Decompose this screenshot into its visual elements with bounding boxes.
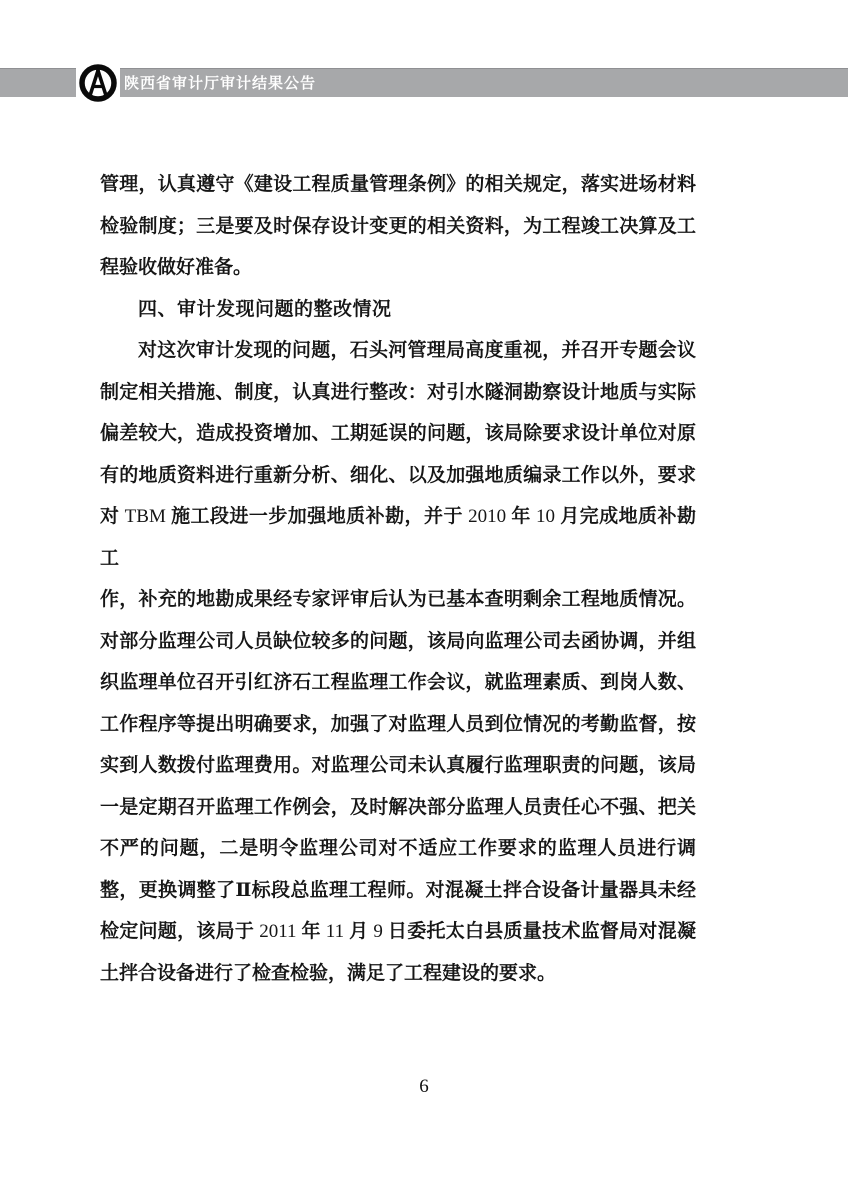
- text-line: 有的地质资料进行重新分析、细化、以及加强地质编录工作以外，要求: [100, 455, 696, 497]
- text-line: 对部分监理公司人员缺位较多的问题，该局向监理公司去函协调，并组: [100, 621, 696, 663]
- text-line: 整，更换调整了Ⅱ标段总监理工程师。对混凝土拌合设备计量器具未经: [100, 870, 696, 912]
- document-text-block: 管理，认真遵守《建设工程质量管理条例》的相关规定，落实进场材料检验制度；三是要及…: [100, 164, 696, 994]
- text-line: 作，补充的地勘成果经专家评审后认为已基本查明剩余工程地质情况。: [100, 579, 696, 621]
- text-line: 工作程序等提出明确要求，加强了对监理人员到位情况的考勤监督，按: [100, 704, 696, 746]
- audit-emblem-icon: [79, 64, 117, 102]
- text-line: 程验收做好准备。: [100, 247, 696, 289]
- text-line: 不严的问题，二是明令监理公司对不适应工作要求的监理人员进行调: [100, 828, 696, 870]
- page-number: 6: [0, 1076, 848, 1098]
- document-page: 陕西省审计厅审计结果公告 管理，认真遵守《建设工程质量管理条例》的相关规定，落实…: [0, 0, 848, 1200]
- latin-text: TBM: [125, 506, 166, 527]
- text-line: 对这次审计发现的问题，石头河管理局高度重视，并召开专题会议: [100, 330, 696, 372]
- text-line: 制定相关措施、制度，认真进行整改：对引水隧洞勘察设计地质与实际: [100, 372, 696, 414]
- latin-text: 9: [373, 921, 383, 942]
- text-line: 土拌合设备进行了检查检验，满足了工程建设的要求。: [100, 953, 696, 995]
- latin-text: 2011: [259, 921, 296, 942]
- text-line: 偏差较大，造成投资增加、工期延误的问题，该局除要求设计单位对原: [100, 413, 696, 455]
- header-bar: 陕西省审计厅审计结果公告: [0, 68, 848, 97]
- text-line: 管理，认真遵守《建设工程质量管理条例》的相关规定，落实进场材料: [100, 164, 696, 206]
- header-title: 陕西省审计厅审计结果公告: [124, 69, 316, 98]
- text-line: 一是定期召开监理工作例会，及时解决部分监理人员责任心不强、把关: [100, 787, 696, 829]
- text-line: 实到人数拨付监理费用。对监理公司未认真履行监理职责的问题，该局: [100, 745, 696, 787]
- latin-text: 10: [536, 506, 555, 527]
- latin-text: 11: [326, 921, 344, 942]
- section-heading: 四、审计发现问题的整改情况: [100, 289, 696, 331]
- text-line: 检验制度；三是要及时保存设计变更的相关资料，为工程竣工决算及工: [100, 206, 696, 248]
- latin-text: 2010: [468, 506, 506, 527]
- text-line: 对 TBM 施工段进一步加强地质补勘，并于 2010 年 10 月完成地质补勘工: [100, 496, 696, 579]
- text-line: 织监理单位召开引红济石工程监理工作会议，就监理素质、到岗人数、: [100, 662, 696, 704]
- text-line: 检定问题，该局于 2011 年 11 月 9 日委托太白县质量技术监督局对混凝: [100, 911, 696, 953]
